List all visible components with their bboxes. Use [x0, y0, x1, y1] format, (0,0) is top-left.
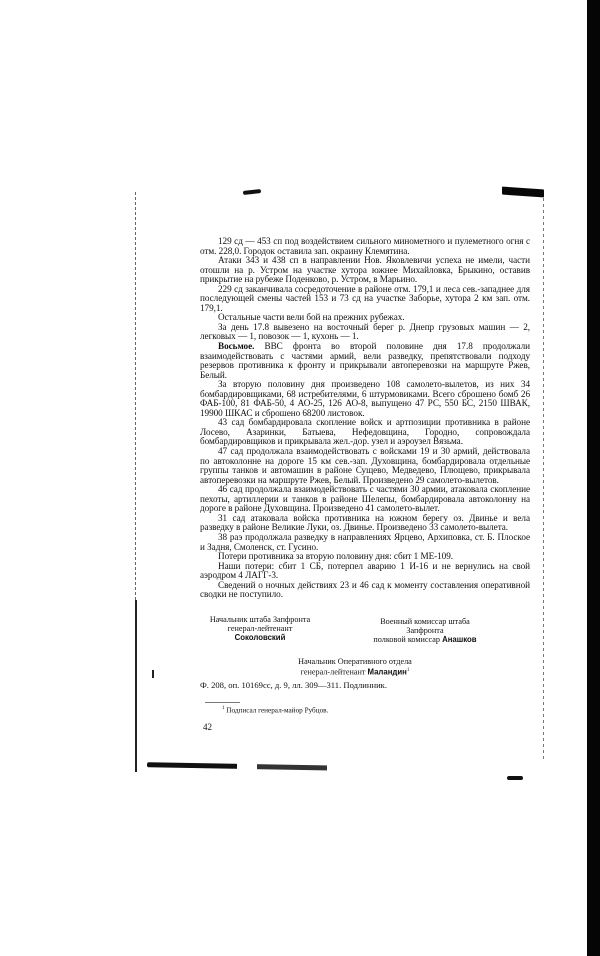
signature-rank: генерал-лейтенант	[200, 624, 320, 633]
footnote-text: Подписал генерал-майор Рубцов.	[226, 706, 328, 714]
scan-mark-bottom	[147, 762, 347, 770]
signature-rank: генерал-лейтенант	[301, 668, 368, 677]
paragraph: Атаки 343 и 438 сп в направлении Нов. Як…	[200, 256, 530, 285]
paragraph: Сведений о ночных действиях 23 и 46 сад …	[200, 581, 530, 600]
signature-name: Маландин	[367, 668, 406, 677]
signature-org: Запфронта	[350, 626, 500, 635]
scan-mark-top-right	[502, 187, 544, 198]
page-border-left-lower	[135, 600, 137, 772]
section-lead: Восьмое.	[218, 341, 254, 351]
paragraph: 46 сад продолжала взаимодействовать с ча…	[200, 485, 530, 514]
paragraph: 38 раэ продолжала разведку в направления…	[200, 533, 530, 552]
page-border-right	[543, 192, 544, 762]
signature-left: Начальник штаба Запфронта генерал-лейтен…	[200, 615, 320, 642]
footnote-marker: 1	[407, 668, 410, 673]
signature-rank: полковой комиссар	[373, 635, 442, 644]
paragraph: 43 сад бомбардировала скопление войск и …	[200, 418, 530, 447]
footnote-rule	[205, 702, 240, 703]
document-body: 129 сд — 453 сп под воздействием сильног…	[200, 237, 530, 600]
paragraph: 129 сд — 453 сп под воздействием сильног…	[200, 237, 530, 256]
paragraph: Восьмое. ВВС фронта во второй половине д…	[200, 342, 530, 380]
signature-title: Военный комиссар штаба	[350, 617, 500, 626]
paragraph: Наши потери: сбит 1 СБ, потерпел аварию …	[200, 562, 530, 581]
footnote-mark: 1	[222, 706, 225, 711]
signature-center: Начальник Оперативного отдела генерал-ле…	[270, 657, 440, 677]
signature-name: Соколовский	[200, 633, 320, 642]
paragraph: За день 17.8 вывезено на восточный берег…	[200, 323, 530, 342]
scan-mark-tick	[152, 670, 154, 678]
paragraph: 229 сд заканчивала сосредоточение в райо…	[200, 285, 530, 314]
signature-right: Военный комиссар штаба Запфронта полково…	[350, 617, 500, 644]
scan-right-edge	[587, 0, 600, 956]
paragraph: 31 сад атаковала войска противника на юж…	[200, 514, 530, 533]
paragraph: За вторую половину дня произведено 108 с…	[200, 380, 530, 418]
scan-mark-bottom-right	[507, 776, 523, 780]
signature-title: Начальник штаба Запфронта	[200, 615, 320, 624]
archive-reference: Ф. 208, оп. 10169сс, д. 9, лл. 309—311. …	[200, 680, 387, 690]
footnote: 1 Подписал генерал-майор Рубцов.	[222, 706, 328, 714]
page-number: 42	[203, 722, 212, 732]
signature-title: Начальник Оперативного отдела	[270, 657, 440, 666]
scan-mark-top-left	[243, 189, 261, 195]
paragraph: 47 сад продолжала взаимодействовать с во…	[200, 447, 530, 485]
signature-name: Анашков	[442, 635, 477, 644]
